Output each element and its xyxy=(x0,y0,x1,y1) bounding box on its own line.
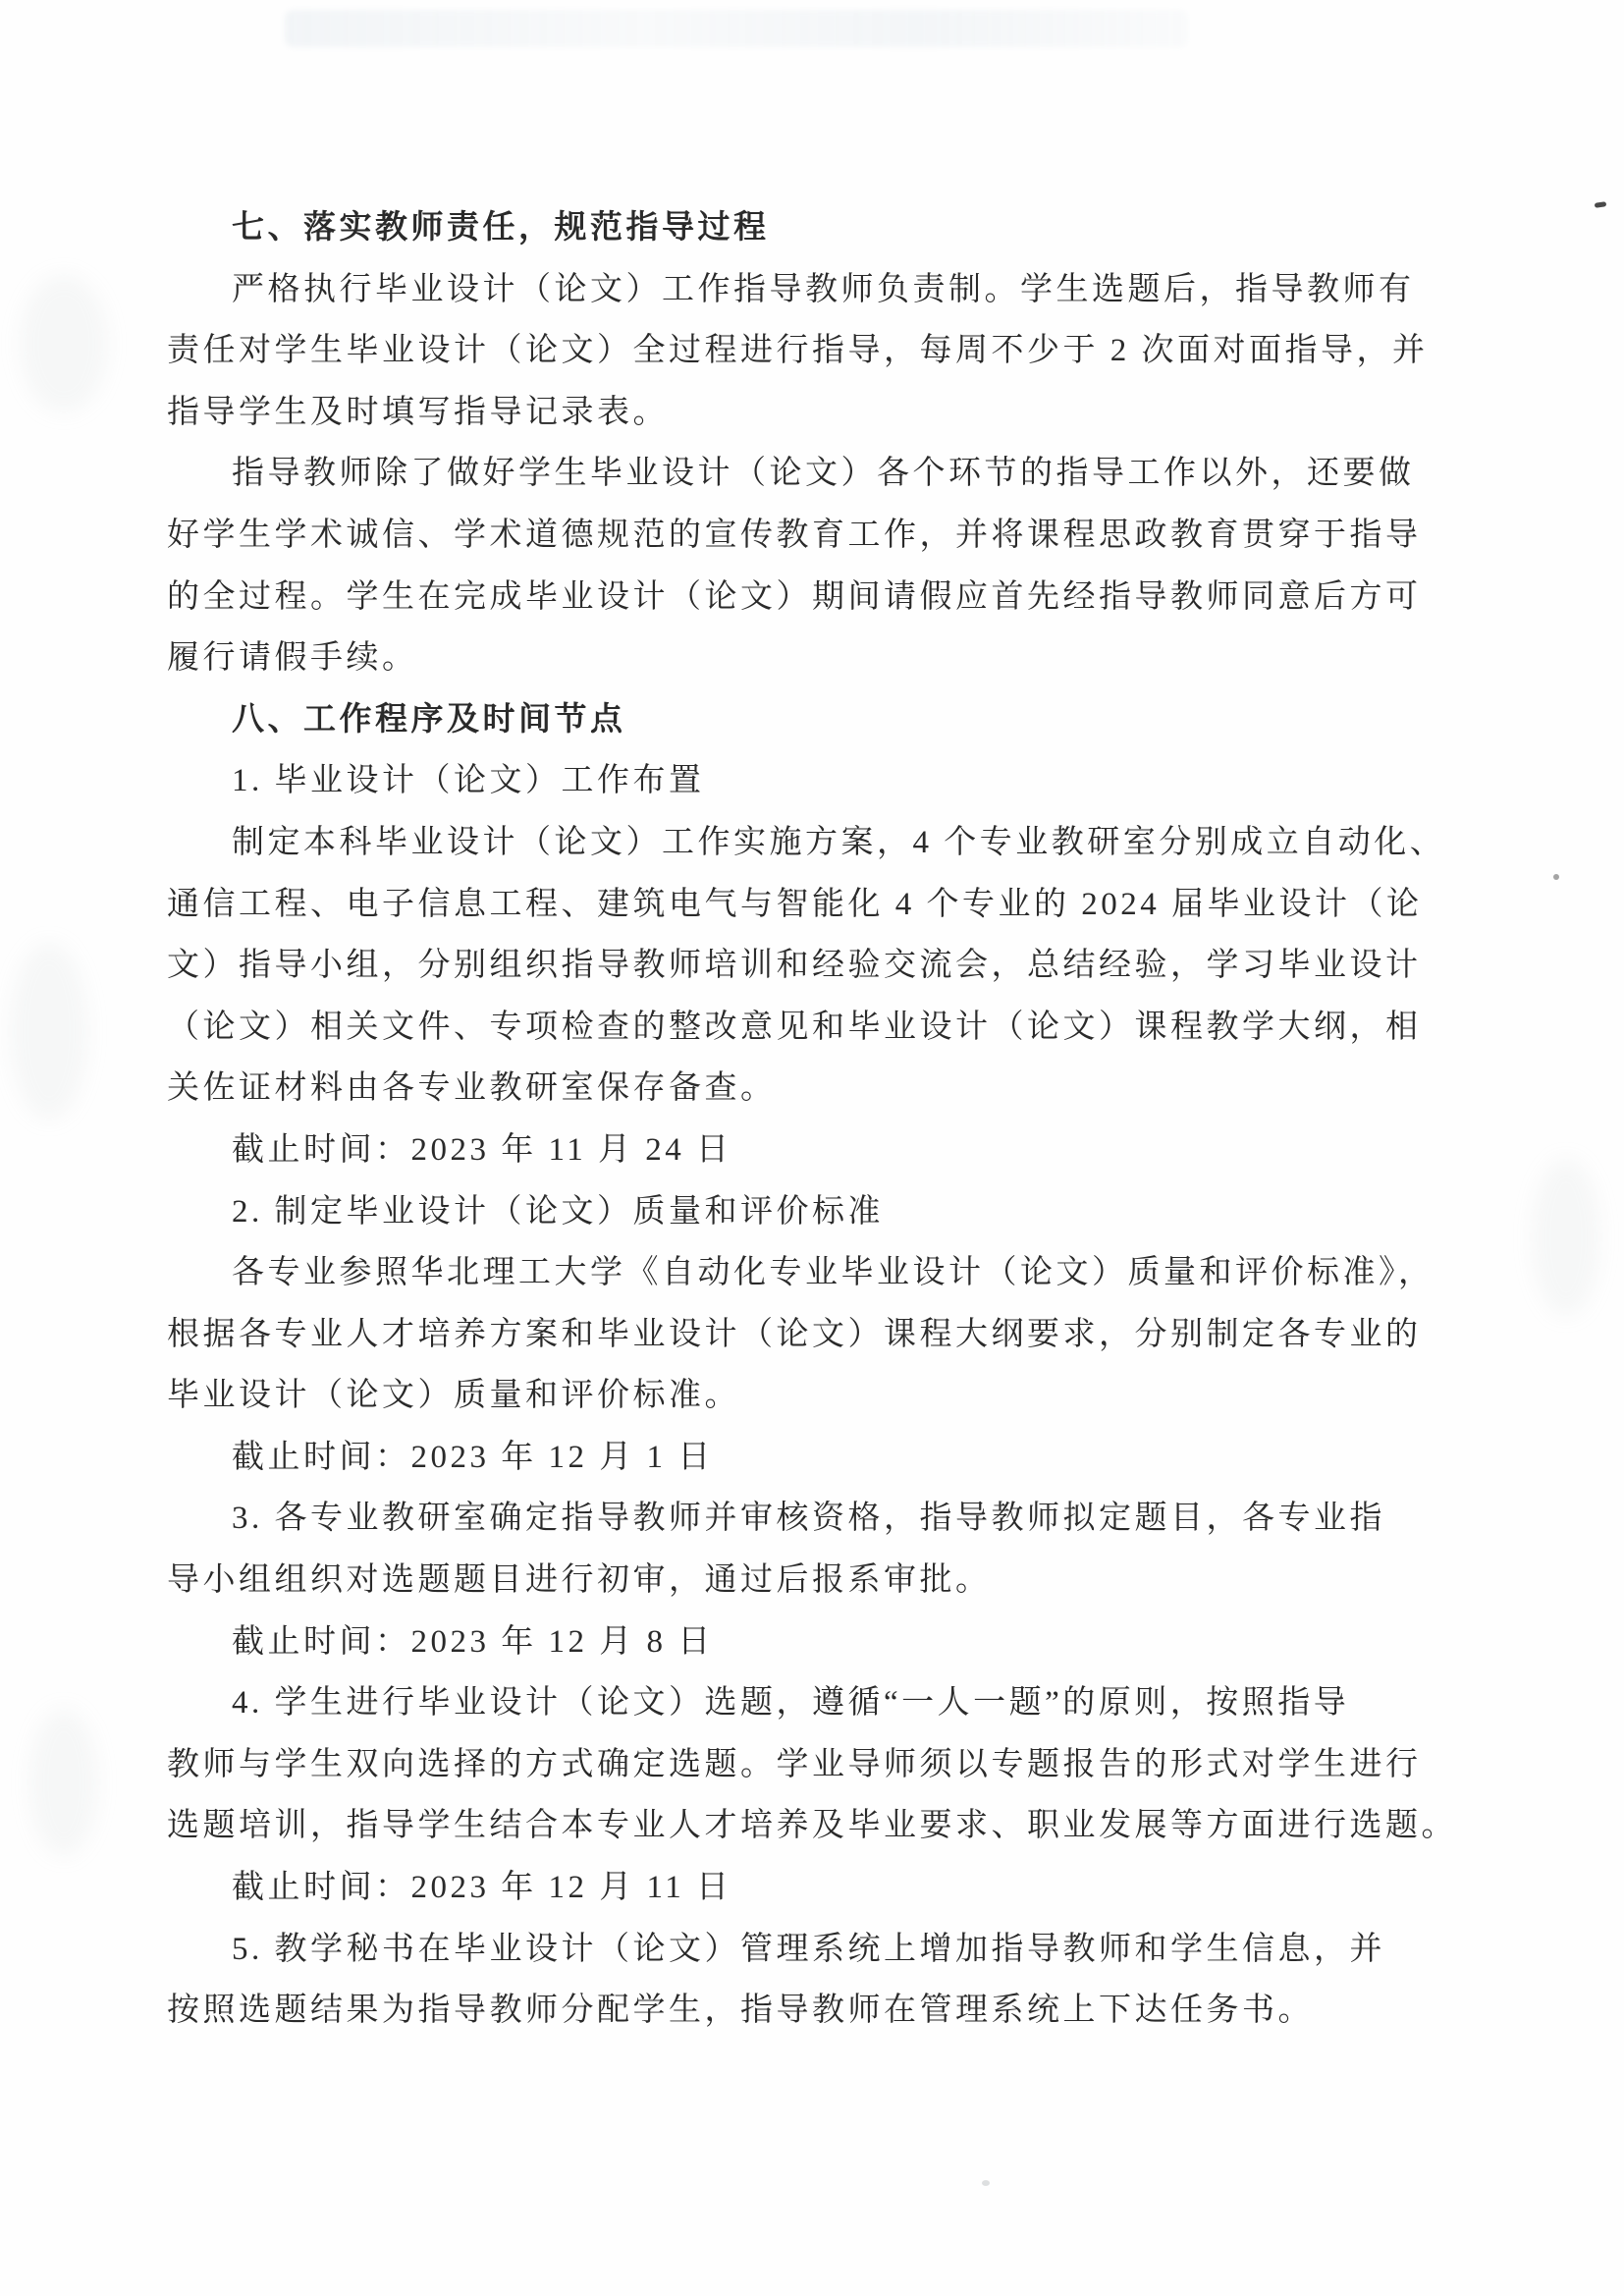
scan-speck xyxy=(982,2180,990,2186)
list-item-1: 1. 毕业设计（论文）工作布置 xyxy=(167,750,1502,812)
list-item-3: 3. 各专业教研室确定指导教师并审核资格，指导教师拟定题目，各专业指 xyxy=(167,1488,1502,1550)
body-line: 制定本科毕业设计（论文）工作实施方案，4 个专业教研室分别成立自动化、 xyxy=(167,812,1502,874)
body-line: 好学生学术诚信、学术道德规范的宣传教育工作，并将课程思政教育贯穿于指导 xyxy=(167,505,1502,567)
scan-speck xyxy=(1595,201,1607,208)
body-line: 按照选题结果为指导教师分配学生，指导教师在管理系统上下达任务书。 xyxy=(167,1980,1502,2042)
section-heading-7: 七、落实教师责任，规范指导过程 xyxy=(167,197,1502,259)
scan-artifact-top-band xyxy=(285,10,1188,47)
body-line: 指导学生及时填写指导记录表。 xyxy=(167,382,1502,444)
body-line: 指导教师除了做好学生毕业设计（论文）各个环节的指导工作以外，还要做 xyxy=(167,443,1502,505)
scan-smudge xyxy=(20,275,108,412)
section-heading-8: 八、工作程序及时间节点 xyxy=(167,689,1502,751)
body-line: 履行请假手续。 xyxy=(167,628,1502,689)
body-line: 选题培训，指导学生结合本专业人才培养及毕业要求、职业发展等方面进行选题。 xyxy=(167,1795,1502,1857)
deadline-line: 截止时间：2023 年 12 月 8 日 xyxy=(167,1612,1502,1673)
body-line: （论文）相关文件、专项检查的整改意见和毕业设计（论文）课程教学大纲，相 xyxy=(167,997,1502,1059)
body-line: 文）指导小组，分别组织指导教师培训和经验交流会，总结经验，学习毕业设计 xyxy=(167,935,1502,997)
list-item-4: 4. 学生进行毕业设计（论文）选题，遵循“一人一题”的原则，按照指导 xyxy=(167,1672,1502,1734)
body-line: 导小组组织对选题题目进行初审，通过后报系审批。 xyxy=(167,1550,1502,1612)
deadline-line: 截止时间：2023 年 12 月 1 日 xyxy=(167,1427,1502,1489)
body-line: 毕业设计（论文）质量和评价标准。 xyxy=(167,1365,1502,1427)
scan-smudge xyxy=(1532,1159,1600,1316)
scan-smudge xyxy=(29,1709,98,1856)
scanned-document-page: 七、落实教师责任，规范指导过程 严格执行毕业设计（论文）工作指导教师负责制。学生… xyxy=(0,0,1624,2296)
document-text-block: 七、落实教师责任，规范指导过程 严格执行毕业设计（论文）工作指导教师负责制。学生… xyxy=(167,197,1502,2042)
body-line: 严格执行毕业设计（论文）工作指导教师负责制。学生选题后，指导教师有 xyxy=(167,259,1502,321)
list-item-2: 2. 制定毕业设计（论文）质量和评价标准 xyxy=(167,1181,1502,1243)
body-line: 教师与学生双向选择的方式确定选题。学业导师须以专题报告的形式对学生进行 xyxy=(167,1734,1502,1796)
body-line: 各专业参照华北理工大学《自动化专业毕业设计（论文）质量和评价标准》， xyxy=(167,1242,1502,1304)
body-line: 责任对学生毕业设计（论文）全过程进行指导，每周不少于 2 次面对面指导，并 xyxy=(167,320,1502,382)
scan-speck xyxy=(1553,874,1559,880)
deadline-line: 截止时间：2023 年 11 月 24 日 xyxy=(167,1120,1502,1181)
list-item-5: 5. 教学秘书在毕业设计（论文）管理系统上增加指导教师和学生信息，并 xyxy=(167,1919,1502,1981)
body-line: 通信工程、电子信息工程、建筑电气与智能化 4 个专业的 2024 届毕业设计（论 xyxy=(167,874,1502,936)
body-line: 关佐证材料由各专业教研室保存备查。 xyxy=(167,1058,1502,1120)
deadline-line: 截止时间：2023 年 12 月 11 日 xyxy=(167,1857,1502,1919)
scan-smudge xyxy=(10,943,88,1120)
body-line: 的全过程。学生在完成毕业设计（论文）期间请假应首先经指导教师同意后方可 xyxy=(167,567,1502,629)
body-line: 根据各专业人才培养方案和毕业设计（论文）课程大纲要求，分别制定各专业的 xyxy=(167,1304,1502,1366)
